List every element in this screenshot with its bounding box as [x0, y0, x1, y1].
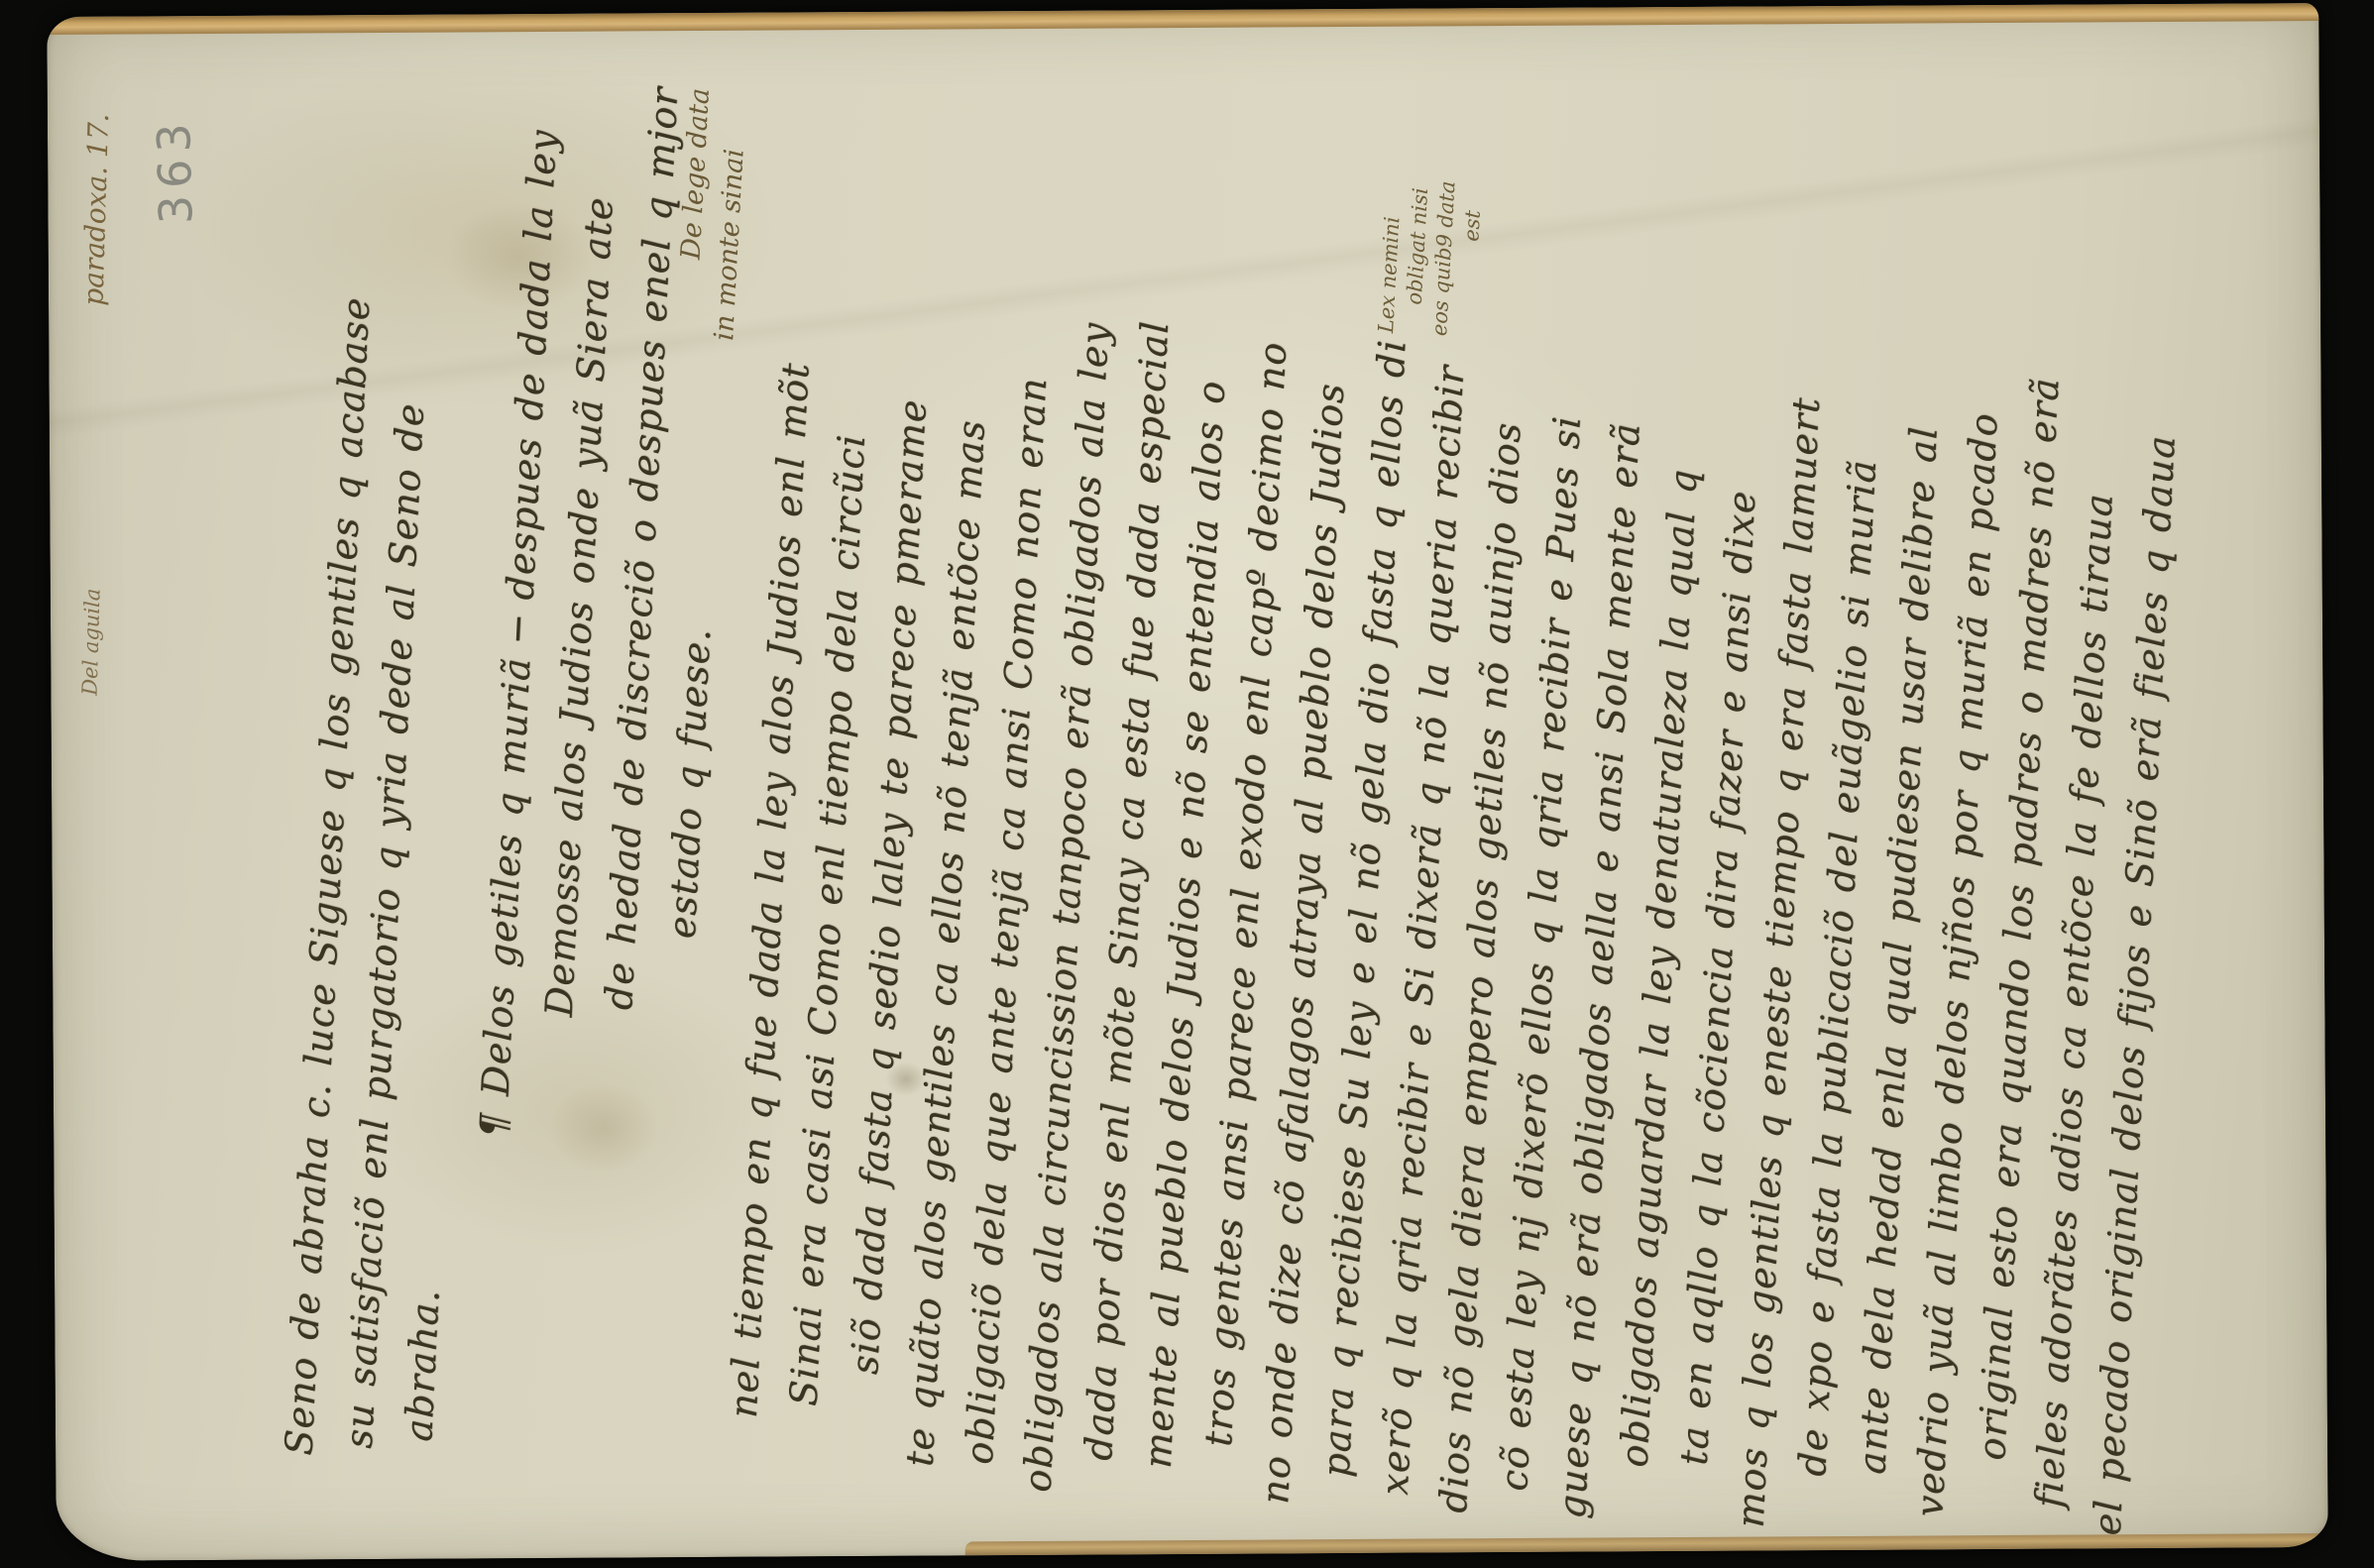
manuscript-page: Seno de abraha c. luce Siguese q los gen…	[47, 3, 2327, 1561]
photo-frame: { "page": { "description": "Fifteenth-ce…	[0, 0, 2374, 1568]
manuscript-text-block: Seno de abraha c. luce Siguese q los gen…	[269, 168, 2204, 1547]
page-top-gilt-edge	[47, 3, 2318, 35]
marginal-note-paradoxa: paradoxa. 17.	[76, 48, 119, 306]
folio-number-pencil: 363	[146, 105, 204, 225]
marginal-sidenote-latin: Lex neminiobligat nisieos quib9 dataest	[1373, 65, 1495, 339]
marginal-note-del-aguila: Del aguila	[74, 526, 109, 696]
